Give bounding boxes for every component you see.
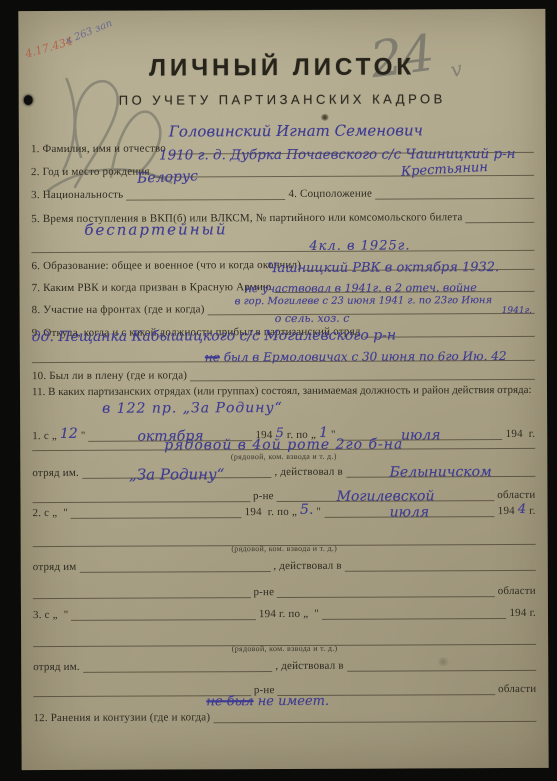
field-education-label: 6. Образование: общее и военное (что и к… [31, 259, 301, 272]
open-quote: „ [292, 506, 297, 518]
service1-acted: Белыничском [386, 464, 496, 480]
field-wounds-value: не имеет. [258, 694, 329, 709]
service1-region-line: Могилевской [277, 486, 495, 502]
service1-district-blank [32, 487, 250, 503]
service1-acted-line: Белыничском [346, 462, 536, 478]
field-nationality-line [126, 185, 285, 201]
service3-date-row: 3. с „ " 194 г. по „ " 194 г. [33, 603, 536, 621]
service3-unit-line [83, 657, 273, 673]
service2-month2: июля [386, 504, 434, 520]
service2-unit-row: отряд им , действовал в [33, 555, 536, 573]
field-wounds-struck-words: не был [206, 694, 253, 709]
service2-month [152, 506, 160, 522]
service2-region-line [277, 582, 495, 598]
g-po: г. по [268, 506, 289, 518]
field-fronts-value-line3: 1941г. [502, 306, 532, 316]
open-quote: „ [52, 507, 57, 519]
year-prefix: 194 [245, 506, 262, 518]
service3-month-line [71, 605, 256, 621]
field-nationality-value: Белорус [137, 168, 198, 186]
field-captivity-line [190, 365, 535, 382]
field-birth-label: 2. Год и место рождения [31, 166, 150, 179]
year-prefix: 194 [498, 505, 515, 517]
page-subtitle: ПО УЧЕТУ ПАРТИЗАНСКИХ КАДРОВ [19, 91, 546, 108]
field-units-value: в 122 пр. „За Родину“ [102, 400, 283, 417]
field-fronts-value-line1: не участвовал в 1941г. в 2 отеч. войне [245, 281, 477, 295]
service3-acted-label: , действовал в [275, 660, 343, 672]
service2-month-line [71, 503, 242, 519]
service1-unit-line: „За Родину“ [82, 463, 272, 479]
service3-unit-label: отряд им. [33, 661, 80, 673]
field-education-value: 4кл. в 1925г. [309, 238, 410, 253]
service1-unit-label: отряд им. [32, 467, 79, 479]
service2-unit-line [79, 557, 270, 573]
open-quote: „ [303, 608, 308, 620]
field-fronts-value-line2: в гор. Могилеве с 23 июня 1941 г. по 23г… [235, 295, 493, 307]
field-origin-inline-value: о сель. хоз. с [275, 312, 350, 325]
service1-unit: „За Родину“ [125, 465, 228, 483]
field-social-label: 4. Соцположение [288, 188, 372, 200]
service2-num: 2. с [33, 507, 50, 519]
field-nationality-row: 3. Национальность 4. Соцположение [31, 183, 534, 201]
close-quote: " [316, 506, 321, 518]
g: г. [529, 505, 535, 517]
service2-district-row: р-не области [33, 581, 536, 599]
field-captivity-label: 10. Был ли в плену (где и когда) [32, 369, 187, 382]
service3-acted-line [347, 656, 537, 672]
service3-oblast-label: области [498, 683, 536, 695]
open-quote: „ [53, 609, 58, 621]
service2-unit-label: отряд им [33, 561, 77, 573]
field-origin-value: дд. Пещанка Кабышицкого с/с Могилевского… [32, 328, 396, 346]
service2-acted-line [345, 556, 536, 572]
g: г. [530, 607, 536, 619]
field-fronts-label: 8. Участие на фронтах (где и когда) [32, 303, 205, 316]
service1-acted-label: , действовал в [274, 466, 342, 478]
service2-position-hint: (рядовой, ком. взвода и т. д.) [33, 543, 536, 554]
service1-position-row: рядовой в 4ой роте 2го б-на [32, 433, 535, 451]
field-wounds-line [213, 707, 536, 723]
service2-month2-line: июля [324, 502, 495, 518]
field-nationality-label: 3. Национальность [31, 189, 123, 201]
service2-date-row: 2. с „ " 194 г. по „ 5. " июля 194 4 г. [32, 501, 535, 519]
service3-month2-line [322, 604, 507, 620]
service2-day2: 5. [300, 502, 313, 518]
field-rvk-label: 7. Каким РВК и когда призван в Красную А… [32, 281, 272, 294]
paper-sheet: 4.17.434 к 263 зап 24 v ЛИЧНЫЙ ЛИСТОК ПО… [18, 9, 548, 770]
service3-num: 3. с [33, 609, 50, 621]
page-title: ЛИЧНЫЙ ЛИСТОК [19, 53, 546, 83]
field-units-label: 11. В каких партизанских отрядах (или гр… [32, 383, 535, 400]
field-wounds-label: 12. Ранения и контузии (где и когда) [33, 711, 210, 724]
service2-acted-label: , действовал в [273, 560, 341, 572]
service1-rne-label: р-не [253, 490, 274, 502]
service2-rne-label: р-не [253, 586, 274, 598]
service3-unit-row: отряд им. , действовал в [33, 655, 536, 673]
field-captivity-struck-word: не [205, 350, 220, 364]
service2-oblast-label: области [498, 585, 536, 597]
field-social-line [375, 184, 534, 200]
field-party-line [466, 208, 535, 223]
service1-unit-row: отряд им. „За Родину“ , действовал в Бел… [32, 461, 535, 479]
field-captivity-value: был в Ермоловичах с 30 июня по 6го Ию. 4… [224, 349, 507, 364]
close-quote: " [63, 507, 68, 519]
g-po: г. по [279, 608, 300, 620]
service2-year2-digit: 4 [518, 502, 526, 517]
field-party-value: беспартейный [84, 220, 227, 239]
scanned-document: 4.17.434 к 263 зап 24 v ЛИЧНЫЙ ЛИСТОК ПО… [0, 0, 557, 781]
field-rvk-value: Чашницкий РВК в октября 1932. [267, 260, 499, 276]
close-quote: " [64, 609, 69, 621]
service3-position-hint: (рядовой, ком. взвода и т. д.) [33, 643, 536, 654]
year-prefix: 194 [259, 608, 276, 620]
field-name-label: 1. Фамилия, имя и отчество [31, 143, 166, 156]
field-name-value: Головинский Игнат Семенович [169, 121, 423, 140]
close-quote: " [314, 608, 319, 620]
year-prefix: 194 [509, 607, 526, 619]
ink-stain [321, 114, 329, 121]
service2-district-blank [33, 583, 251, 599]
service1-position-line: рядовой в 4ой роте 2го б-на [32, 434, 535, 451]
field-captivity-row: 10. Был ли в плену (где и когда) [32, 364, 535, 382]
service1-oblast-label: области [497, 489, 535, 501]
